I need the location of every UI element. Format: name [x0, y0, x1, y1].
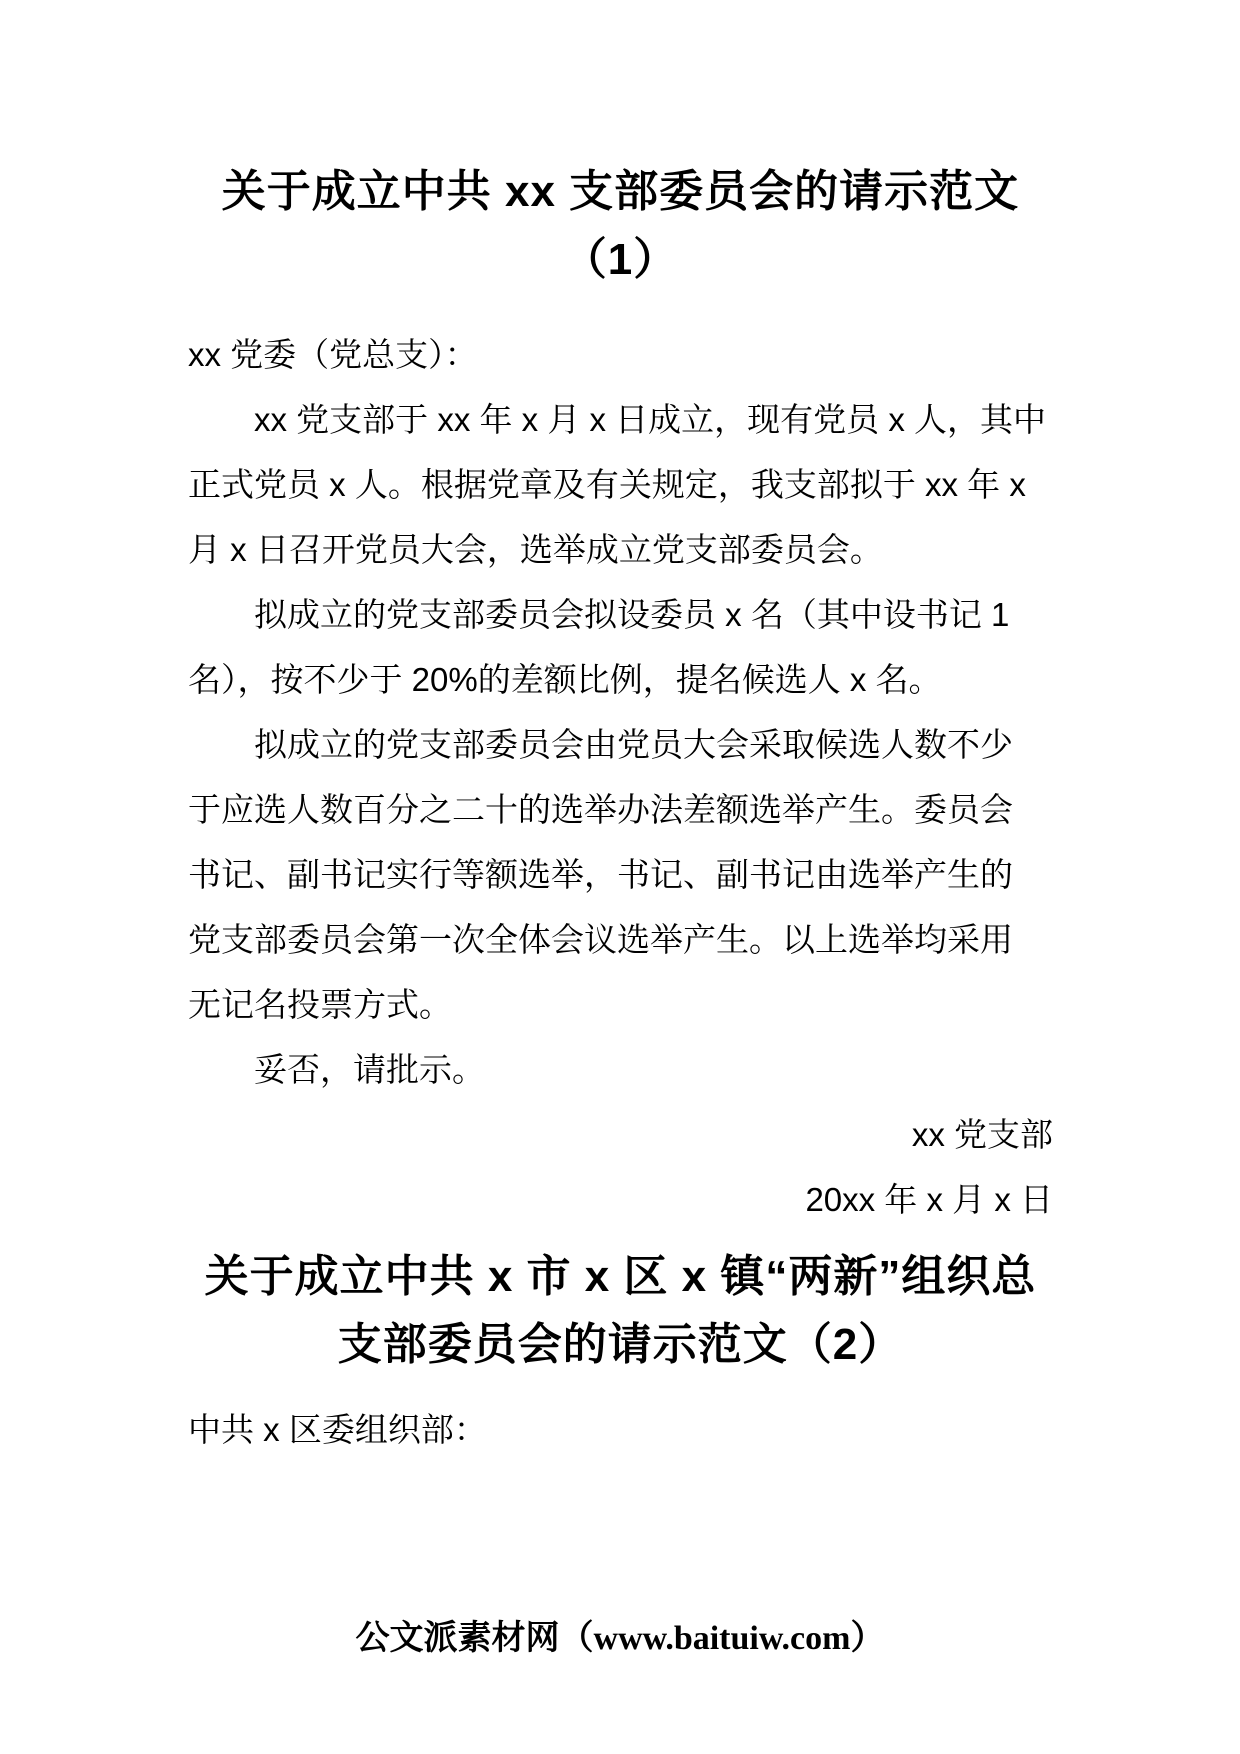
doc2-salutation: 中共 x 区委组织部：	[188, 1397, 1053, 1462]
doc1-salutation: xx 党委（党总支）：	[188, 322, 1053, 387]
doc1-title-line1: 关于成立中共 xx 支部委员会的请示范文	[188, 158, 1053, 226]
doc2-title-line1: 关于成立中共 x 市 x 区 x 镇“两新”组织总	[188, 1243, 1053, 1311]
paragraph-line: 正式党员 x 人。根据党章及有关规定，我支部拟于 xx 年 x	[188, 452, 1053, 517]
doc2-title-line2: 支部委员会的请示范文（2）	[188, 1311, 1053, 1379]
paragraph-line: xx 党支部于 xx 年 x 月 x 日成立，现有党员 x 人，其中	[188, 387, 1053, 452]
doc1-body: xx 党委（党总支）： xx 党支部于 xx 年 x 月 x 日成立，现有党员 …	[188, 322, 1053, 1232]
document-content: 关于成立中共 xx 支部委员会的请示范文 （1） xx 党委（党总支）： xx …	[0, 0, 1240, 1462]
doc1-title-line2: （1）	[188, 226, 1053, 294]
paragraph-line: 妥否，请批示。	[188, 1037, 1053, 1102]
doc1-signature: xx 党支部	[188, 1102, 1053, 1167]
doc1-date: 20xx 年 x 月 x 日	[188, 1167, 1053, 1232]
paragraph-line: 无记名投票方式。	[188, 972, 1053, 1037]
paragraph-line: 拟成立的党支部委员会由党员大会采取候选人数不少	[188, 712, 1053, 777]
paragraph-line: 月 x 日召开党员大会，选举成立党支部委员会。	[188, 517, 1053, 582]
paragraph-line: 拟成立的党支部委员会拟设委员 x 名（其中设书记 1	[188, 582, 1053, 647]
paragraph-line: 于应选人数百分之二十的选举办法差额选举产生。委员会	[188, 777, 1053, 842]
paragraph-line: 书记、副书记实行等额选举，书记、副书记由选举产生的	[188, 842, 1053, 907]
footer-credit: 公文派素材网（www.baituiw.com）	[0, 1616, 1240, 1662]
paragraph-line: 党支部委员会第一次全体会议选举产生。以上选举均采用	[188, 907, 1053, 972]
paragraph-line: 名），按不少于 20%的差额比例，提名候选人 x 名。	[188, 647, 1053, 712]
doc1-title: 关于成立中共 xx 支部委员会的请示范文 （1）	[188, 158, 1053, 294]
document-page: 关于成立中共 xx 支部委员会的请示范文 （1） xx 党委（党总支）： xx …	[0, 0, 1240, 1754]
doc2-title: 关于成立中共 x 市 x 区 x 镇“两新”组织总 支部委员会的请示范文（2）	[188, 1243, 1053, 1379]
